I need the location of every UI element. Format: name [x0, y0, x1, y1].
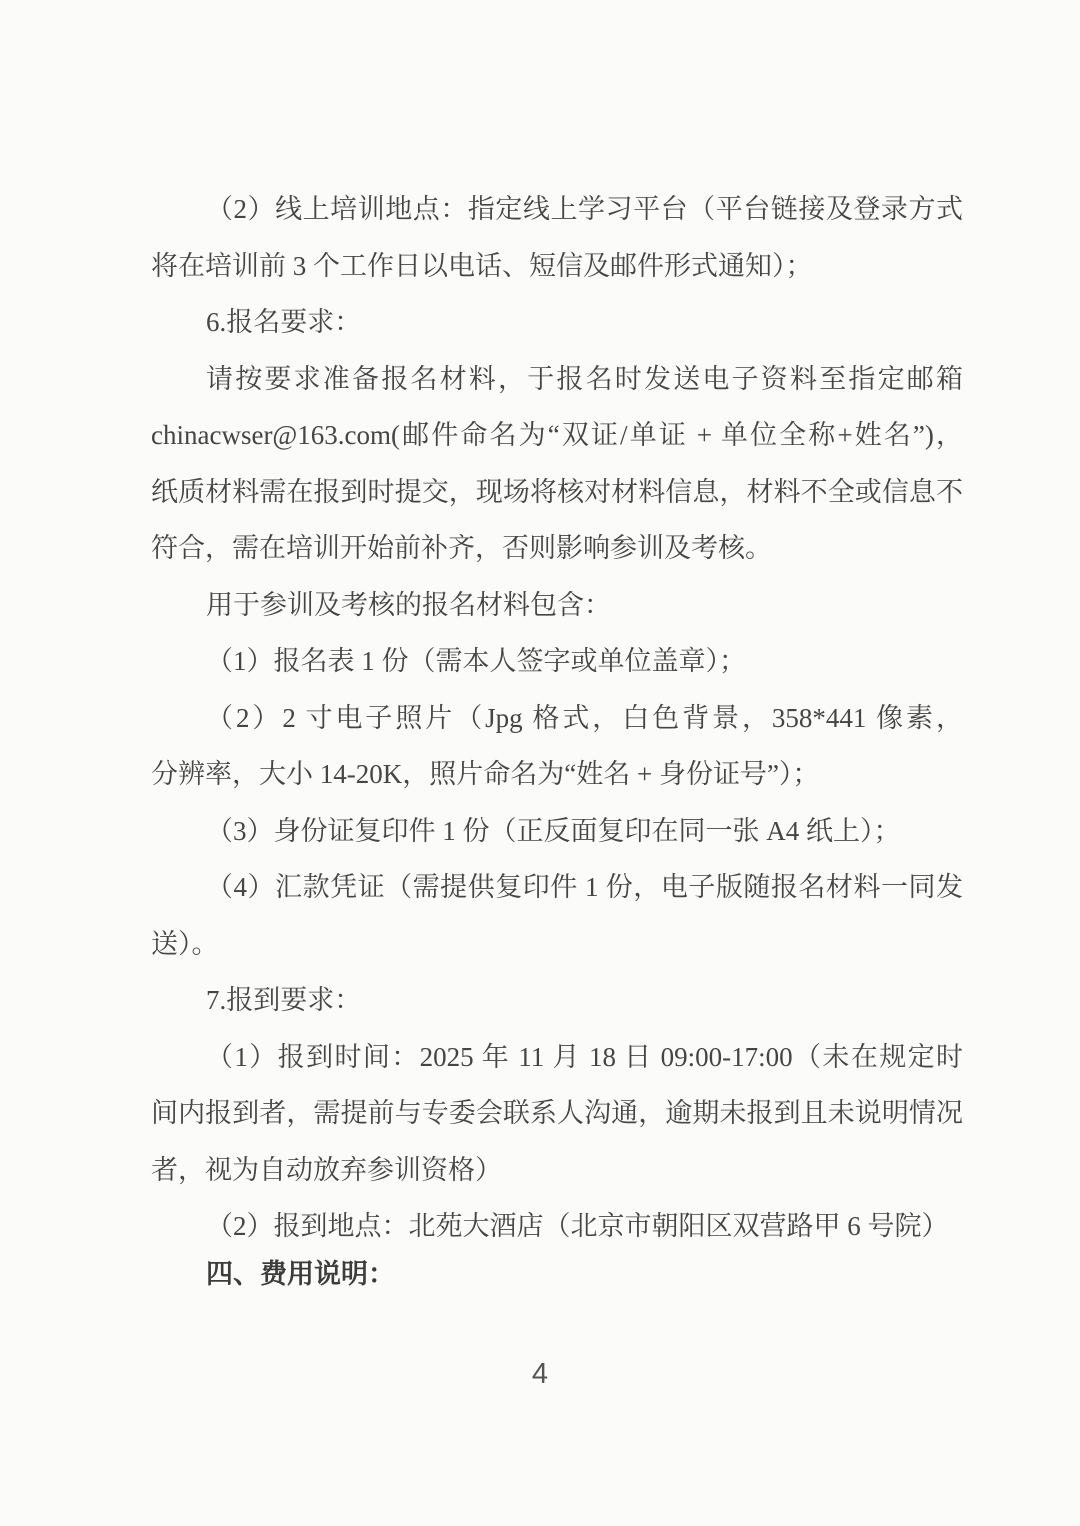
para-registration-materials-line3: 纸质材料需在报到时提交，现场将核对材料信息，材料不全或信息不: [151, 464, 963, 521]
para-checkin-time-line1: （1）报到时间：2025 年 11 月 18 日 09:00-17:00（未在规…: [151, 1029, 963, 1086]
para-materials-list-intro: 用于参训及考核的报名材料包含：: [151, 577, 963, 634]
item-payment-proof-line1: （4）汇款凭证（需提供复印件 1 份，电子版随报名材料一同发: [151, 859, 963, 916]
document-body: （2）线上培训地点：指定线上学习平台（平台链接及登录方式将在培训前 3 个工作日…: [151, 181, 963, 1302]
item-registration-form: （1）报名表 1 份（需本人签字或单位盖章）；: [151, 633, 963, 690]
para-checkin-time-line3: 者，视为自动放弃参训资格）: [151, 1142, 963, 1199]
heading-registration-requirements: 6.报名要求：: [151, 294, 963, 351]
item-id-copy: （3）身份证复印件 1 份（正反面复印在同一张 A4 纸上）；: [151, 803, 963, 860]
para-checkin-time-line2: 间内报到者，需提前与专委会联系人沟通，逾期未报到且未说明情况: [151, 1085, 963, 1142]
item-payment-proof-line2: 送）。: [151, 916, 963, 973]
item-photo-line2: 分辨率，大小 14-20K，照片命名为“姓名 + 身份证号”）；: [151, 746, 963, 803]
para-registration-materials-line4: 符合，需在培训开始前补齐，否则影响参训及考核。: [151, 520, 963, 577]
para-registration-materials-line2: chinacwser@163.com(邮件命名为“双证/单证 + 单位全称+姓名…: [151, 407, 963, 464]
document-page: （2）线上培训地点：指定线上学习平台（平台链接及登录方式将在培训前 3 个工作日…: [0, 0, 1080, 1526]
para-online-training-location-line1: （2）线上培训地点：指定线上学习平台（平台链接及登录方式: [151, 181, 963, 238]
para-registration-materials-line1: 请按要求准备报名材料，于报名时发送电子资料至指定邮箱: [151, 351, 963, 408]
para-online-training-location-line2: 将在培训前 3 个工作日以电话、短信及邮件形式通知）；: [151, 238, 963, 295]
heading-checkin-requirements: 7.报到要求：: [151, 972, 963, 1029]
item-photo-line1: （2）2 寸电子照片（Jpg 格式，白色背景，358*441 像素，350dpi: [151, 690, 963, 747]
page-number: 4: [0, 1358, 1080, 1391]
